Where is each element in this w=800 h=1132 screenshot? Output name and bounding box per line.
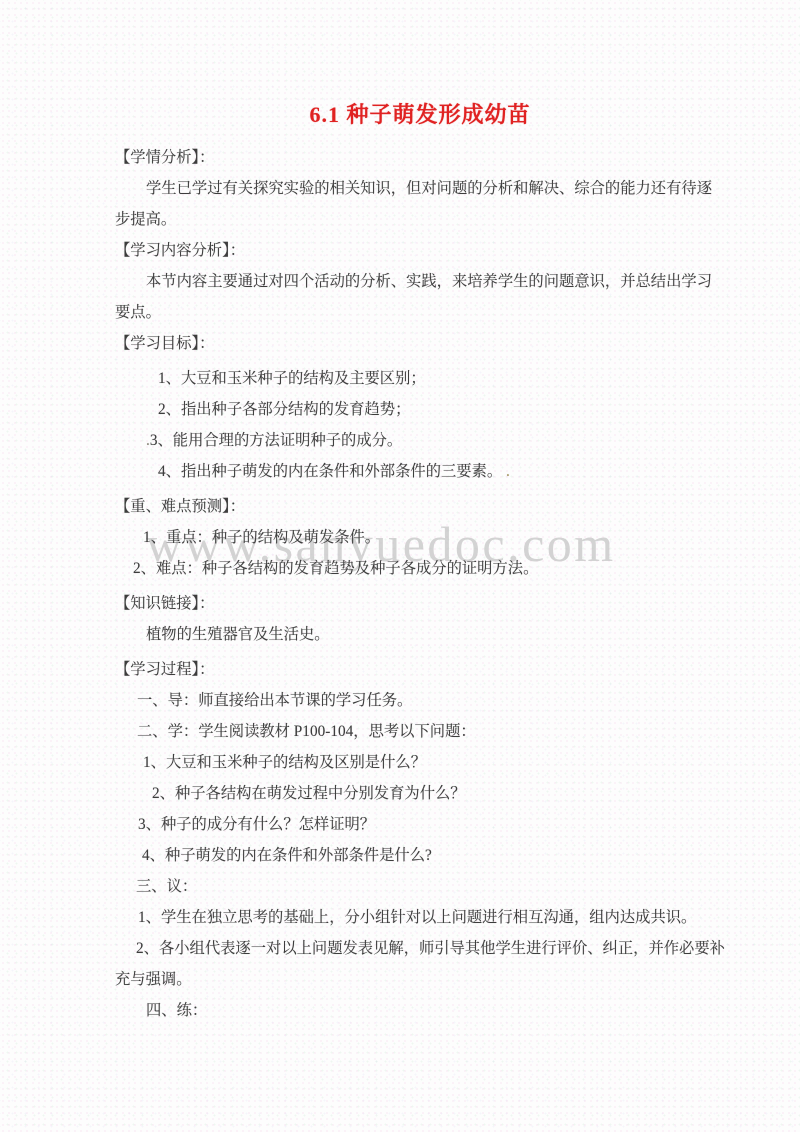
paragraph: 4、种子萌发的内在条件和外部条件是什么? (115, 840, 725, 871)
list-item: 4、指出种子萌发的内在条件和外部条件的三要素。 . (158, 456, 725, 487)
paragraph: 3、种子的成分有什么？怎样证明？ (115, 809, 725, 840)
section-heading: 【重、难点预测】： (115, 491, 725, 522)
paragraph: 二、学：学生阅读教材 P100-104，思考以下问题： (115, 716, 725, 747)
paragraph: 学生已学过有关探究实验的相关知识，但对问题的分析和解决、综合的能力还有待逐步提高… (115, 173, 725, 235)
scan-artifact-mark: . (146, 432, 150, 449)
paragraph: 植物的生殖器官及生活史。 (115, 619, 725, 650)
paragraph: 1、学生在独立思考的基础上，分小组针对以上问题进行相互沟通，组内达成共识。 (115, 902, 725, 933)
paragraph: 2、各小组代表逐一对以上问题发表见解，师引导其他学生进行评价、纠正，并作必要补充… (115, 933, 725, 995)
paragraph: 一、导：师直接给出本节课的学习任务。 (115, 685, 725, 716)
section-heading: 【知识链接】： (115, 588, 725, 619)
paragraph: 2、种子各结构在萌发过程中分别发育为什么？ (115, 778, 725, 809)
document-page: { "page": { "title": "6.1 种子萌发形成幼苗", "ti… (0, 0, 800, 1132)
scan-artifact-dot: . (502, 463, 510, 480)
list-item: .3、能用合理的方法证明种子的成分。 (146, 425, 725, 456)
paragraph: 本节内容主要通过对四个活动的分析、实践，来培养学生的问题意识，并总结出学习要点。 (115, 266, 725, 328)
paragraph: 三、议： (115, 871, 725, 902)
list-item: 2、指出种子各部分结构的发育趋势； (158, 394, 725, 425)
section-heading: 【学习过程】： (115, 654, 725, 685)
section-heading: 【学习内容分析】： (115, 235, 725, 266)
page-title: 6.1 种子萌发形成幼苗 (115, 100, 725, 130)
section-heading: 【学习目标】： (115, 328, 725, 359)
paragraph: 1、大豆和玉米种子的结构及区别是什么？ (115, 747, 725, 778)
paragraph: 四、练： (115, 995, 725, 1026)
list-item: 2、难点：种子各结构的发育趋势及种子各成分的证明方法。 (133, 553, 725, 584)
section-heading: 【学情分析】： (115, 142, 725, 173)
document-body: 【学情分析】：学生已学过有关探究实验的相关知识，但对问题的分析和解决、综合的能力… (115, 142, 725, 1026)
list-item: 1、重点：种子的结构及萌发条件。 (143, 522, 725, 553)
document-content: 6.1 种子萌发形成幼苗 【学情分析】：学生已学过有关探究实验的相关知识，但对问… (0, 0, 800, 1132)
list-item: 1、大豆和玉米种子的结构及主要区别； (158, 363, 725, 394)
